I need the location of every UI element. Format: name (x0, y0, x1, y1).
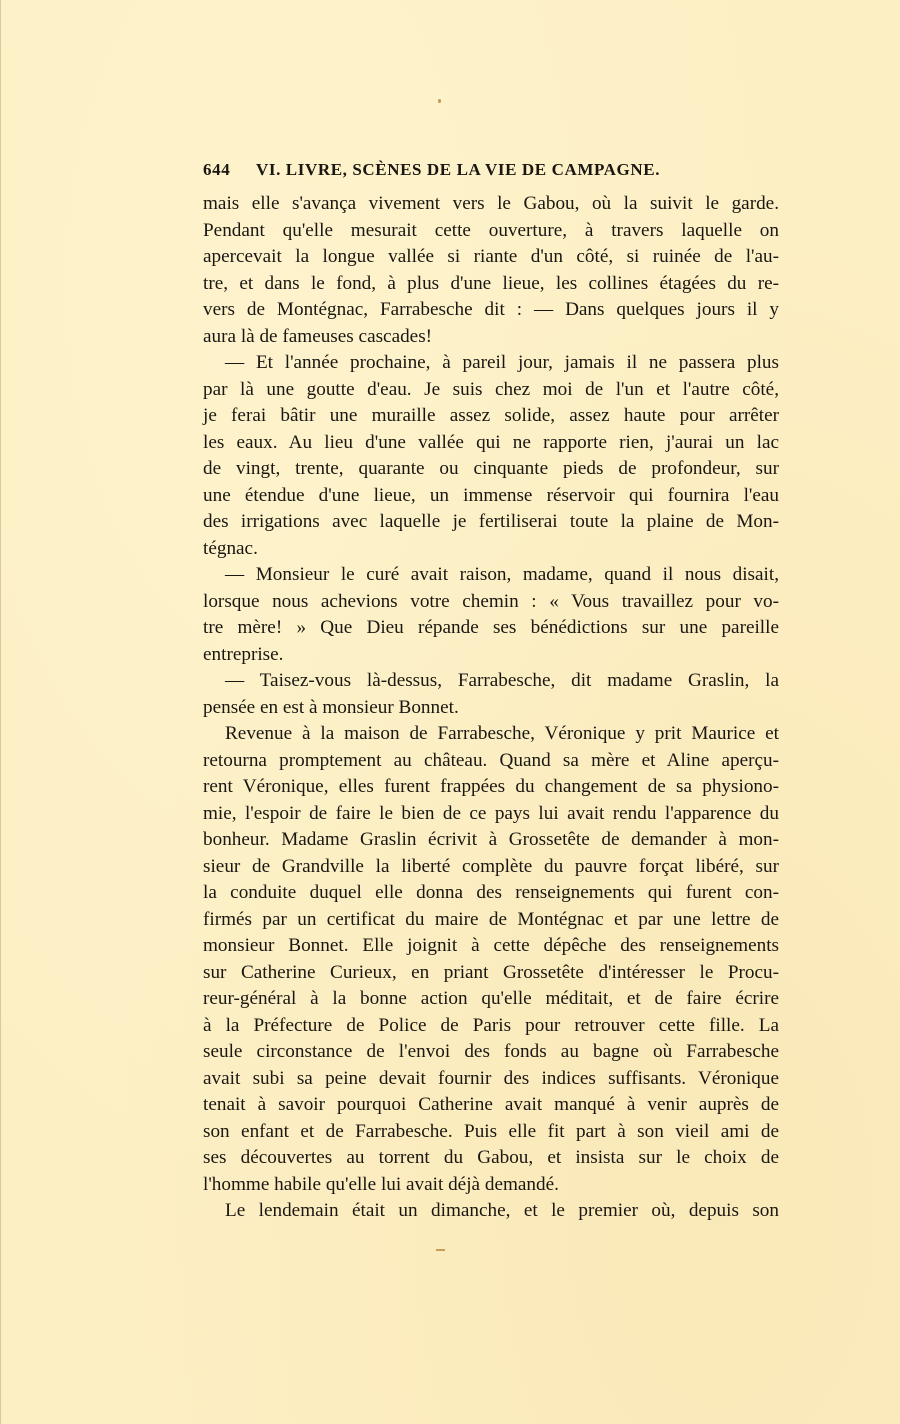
text-line: une étendue d'une lieue, un immense rése… (203, 483, 779, 510)
text-line: retourna promptement au château. Quand s… (203, 748, 779, 775)
text-line: Revenue à la maison de Farrabesche, Véro… (203, 721, 779, 748)
text-line: mie, l'espoir de faire le bien de ce pay… (203, 801, 779, 828)
text-line: des irrigations avec laquelle je fertili… (203, 509, 779, 536)
text-line: seule circonstance de l'envoi des fonds … (203, 1039, 779, 1066)
text-line: Pendant qu'elle mesurait cette ouverture… (203, 218, 779, 245)
text-line: mais elle s'avança vivement vers le Gabo… (203, 191, 779, 218)
text-line: vers de Montégnac, Farrabesche dit : — D… (203, 297, 779, 324)
running-header: 644VI. LIVRE, SCÈNES DE LA VIE DE CAMPAG… (203, 159, 713, 181)
text-line: lorsque nous achevions votre chemin : « … (203, 589, 779, 616)
page-number: 644 (203, 159, 256, 181)
text-line: de vingt, trente, quarante ou cinquante … (203, 456, 779, 483)
text-line: reur-général à la bonne action qu'elle m… (203, 986, 779, 1013)
text-line: sieur de Grandville la liberté complète … (203, 854, 779, 881)
text-line: — Monsieur le curé avait raison, madame,… (203, 562, 779, 589)
scanned-book-page: 644VI. LIVRE, SCÈNES DE LA VIE DE CAMPAG… (0, 0, 900, 1424)
text-line: tenait à savoir pourquoi Catherine avait… (203, 1092, 779, 1119)
text-line: tre, et dans le fond, à plus d'une lieue… (203, 271, 779, 298)
text-line: pensée en est à monsieur Bonnet. (203, 695, 779, 722)
text-line: monsieur Bonnet. Elle joignit à cette dé… (203, 933, 779, 960)
text-line: entreprise. (203, 642, 779, 669)
text-line: Le lendemain était un dimanche, et le pr… (203, 1198, 779, 1225)
text-line: tégnac. (203, 536, 779, 563)
text-line: avait subi sa peine devait fournir des i… (203, 1066, 779, 1093)
text-line: l'homme habile qu'elle lui avait déjà de… (203, 1172, 779, 1199)
text-line: par là une goutte d'eau. Je suis chez mo… (203, 377, 779, 404)
text-line: les eaux. Au lieu d'une vallée qui ne ra… (203, 430, 779, 457)
text-line: à la Préfecture de Police de Paris pour … (203, 1013, 779, 1040)
text-line: la conduite duquel elle donna des rensei… (203, 880, 779, 907)
text-line: apercevait la longue vallée si riante d'… (203, 244, 779, 271)
text-line: je ferai bâtir une muraille assez solide… (203, 403, 779, 430)
text-line: — Taisez-vous là-dessus, Farrabesche, di… (203, 668, 779, 695)
text-line: — Et l'année prochaine, à pareil jour, j… (203, 350, 779, 377)
text-line: firmés par un certificat du maire de Mon… (203, 907, 779, 934)
paper-speck (438, 99, 441, 103)
text-line: bonheur. Madame Graslin écrivit à Grosse… (203, 827, 779, 854)
text-line: rent Véronique, elles furent frappées du… (203, 774, 779, 801)
paper-speck (436, 1249, 445, 1251)
running-title: VI. LIVRE, SCÈNES DE LA VIE DE CAMPAGNE. (256, 160, 660, 179)
text-line: tre mère! » Que Dieu répande ses bénédic… (203, 615, 779, 642)
text-line: ses découvertes au torrent du Gabou, et … (203, 1145, 779, 1172)
text-line: son enfant et de Farrabesche. Puis elle … (203, 1119, 779, 1146)
text-line: sur Catherine Curieux, en priant Grosset… (203, 960, 779, 987)
text-line: aura là de fameuses cascades! (203, 324, 779, 351)
body-text: mais elle s'avança vivement vers le Gabo… (203, 191, 779, 1225)
